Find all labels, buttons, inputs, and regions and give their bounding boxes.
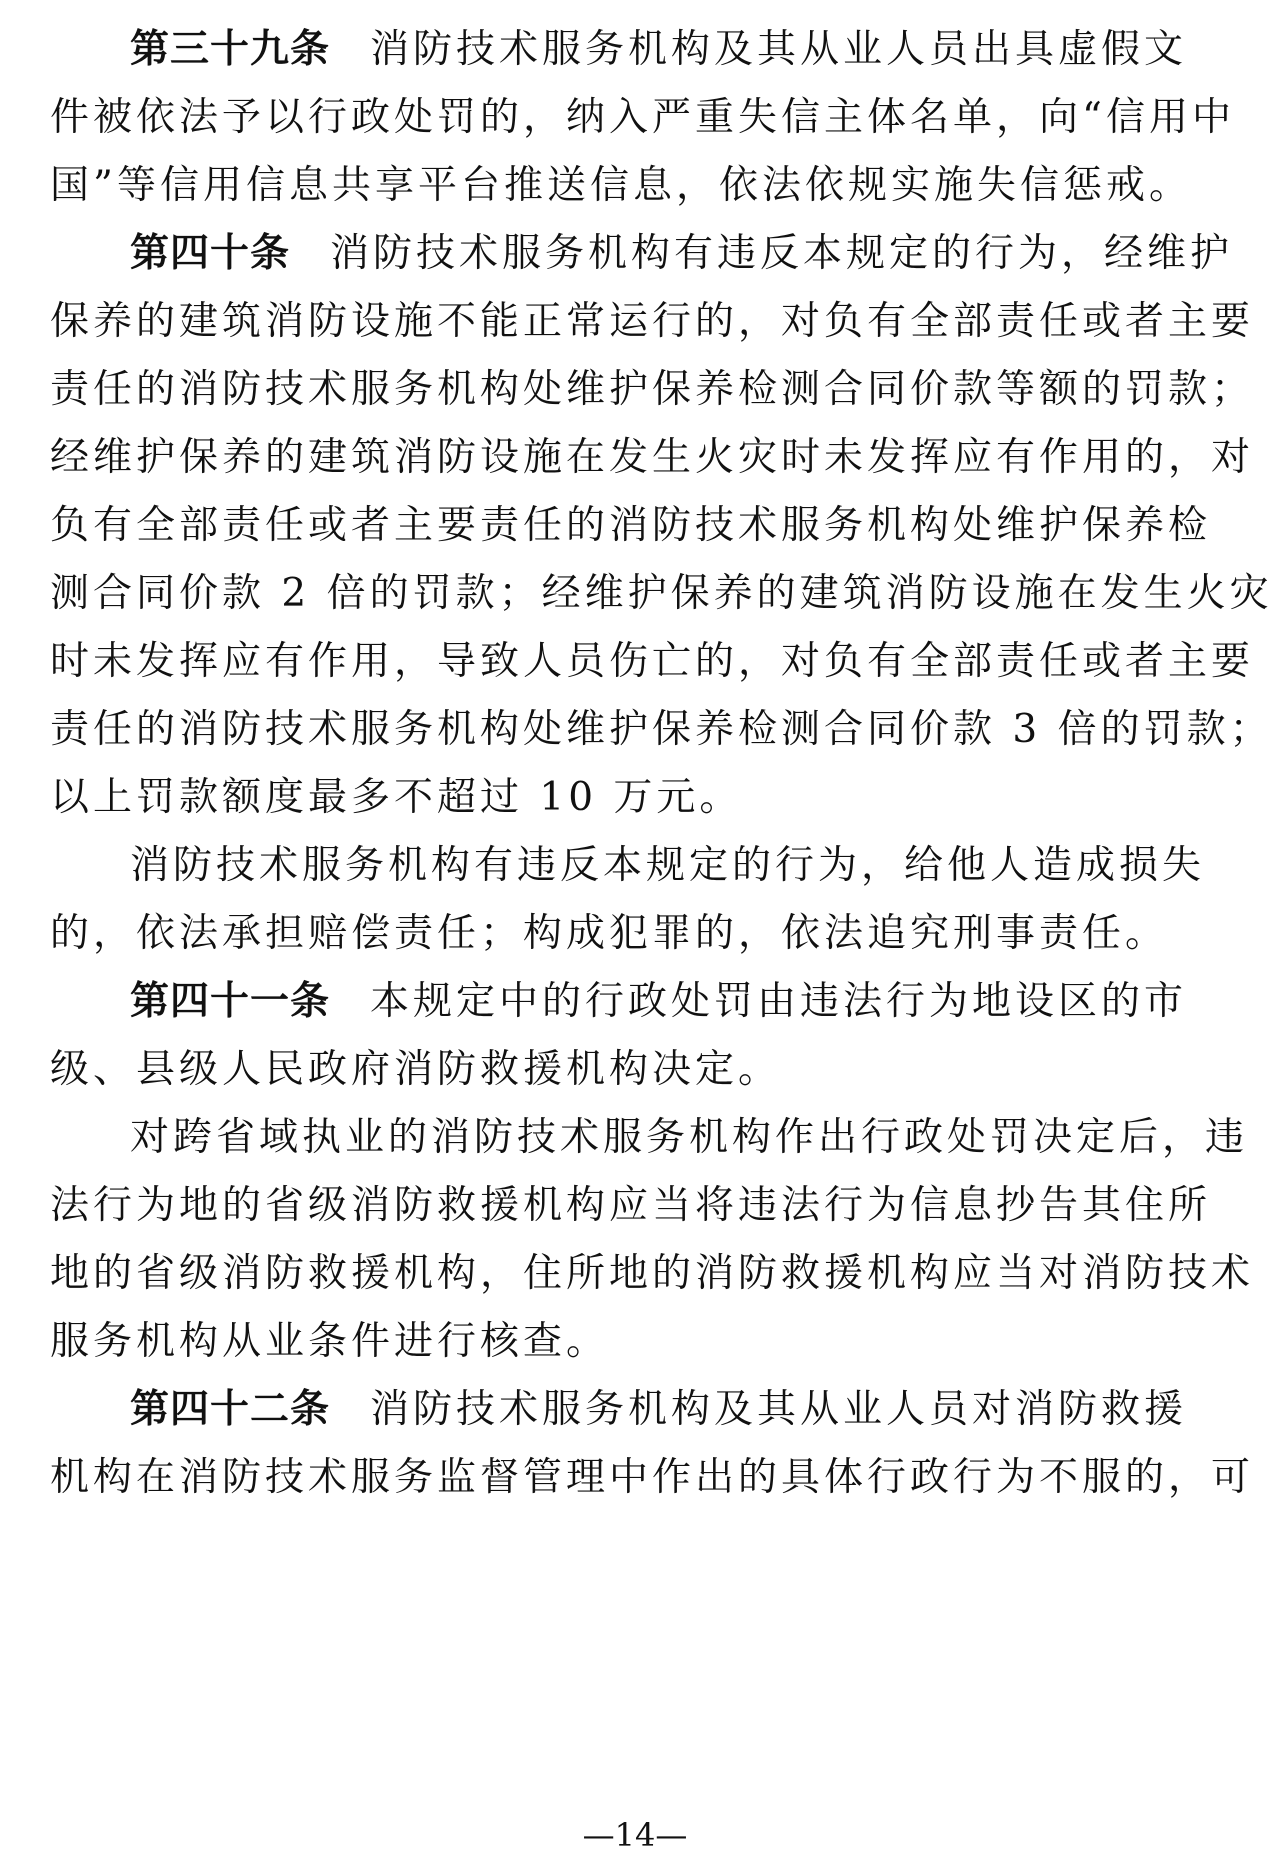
text-line: 国”等信用信息共享平台推送信息，依法依规实施失信惩戒。 bbox=[50, 156, 1210, 216]
text: 消防技术服务机构及其从业人员对消防救援 bbox=[370, 1387, 1187, 1432]
article-42-line-1: 第四十二条消防技术服务机构及其从业人员对消防救援 bbox=[130, 1380, 1210, 1440]
text: 消防技术服务机构及其从业人员出具虚假文 bbox=[370, 27, 1187, 72]
article-39-line-1: 第三十九条消防技术服务机构及其从业人员出具虚假文 bbox=[130, 20, 1210, 80]
text-line: 经维护保养的建筑消防设施在发生火灾时未发挥应有作用的，对 bbox=[50, 428, 1210, 488]
text-line: 保养的建筑消防设施不能正常运行的，对负有全部责任或者主要 bbox=[50, 292, 1210, 352]
document-page: 第三十九条消防技术服务机构及其从业人员出具虚假文 件被依法予以行政处罚的，纳入严… bbox=[0, 0, 1270, 1868]
page-number: —14— bbox=[0, 1810, 1270, 1860]
text: 消防技术服务机构有违反本规定的行为，经维护 bbox=[330, 231, 1233, 276]
text-line: 责任的消防技术服务机构处维护保养检测合同价款等额的罚款； bbox=[50, 360, 1210, 420]
article-41-line-1: 第四十一条本规定中的行政处罚由违法行为地设区的市 bbox=[130, 972, 1210, 1032]
text-line: 时未发挥应有作用，导致人员伤亡的，对负有全部责任或者主要 bbox=[50, 632, 1210, 692]
text-line: 地的省级消防救援机构，住所地的消防救援机构应当对消防技术 bbox=[50, 1244, 1210, 1304]
article-label: 第四十二条 bbox=[130, 1387, 330, 1432]
text: 本规定中的行政处罚由违法行为地设区的市 bbox=[370, 979, 1187, 1024]
text-line: 负有全部责任或者主要责任的消防技术服务机构处维护保养检 bbox=[50, 496, 1210, 556]
text-line: 消防技术服务机构有违反本规定的行为，给他人造成损失 bbox=[130, 836, 1210, 896]
text-line: 法行为地的省级消防救援机构应当将违法行为信息抄告其住所 bbox=[50, 1176, 1210, 1236]
text-line: 测合同价款 2 倍的罚款；经维护保养的建筑消防设施在发生火灾 bbox=[50, 564, 1210, 624]
article-label: 第四十一条 bbox=[130, 979, 330, 1024]
text-line: 级、县级人民政府消防救援机构决定。 bbox=[50, 1040, 1210, 1100]
text-line: 服务机构从业条件进行核查。 bbox=[50, 1312, 1210, 1372]
text-line: 责任的消防技术服务机构处维护保养检测合同价款 3 倍的罚款； bbox=[50, 700, 1210, 760]
text-line: 的，依法承担赔偿责任；构成犯罪的，依法追究刑事责任。 bbox=[50, 904, 1210, 964]
text-line: 机构在消防技术服务监督管理中作出的具体行政行为不服的，可 bbox=[50, 1448, 1210, 1508]
article-label: 第三十九条 bbox=[130, 27, 330, 72]
text-line: 对跨省域执业的消防技术服务机构作出行政处罚决定后，违 bbox=[130, 1108, 1210, 1168]
article-label: 第四十条 bbox=[130, 231, 290, 276]
text-line: 以上罚款额度最多不超过 10 万元。 bbox=[50, 768, 1210, 828]
text-line: 件被依法予以行政处罚的，纳入严重失信主体名单，向“信用中 bbox=[50, 88, 1210, 148]
article-40-line-1: 第四十条消防技术服务机构有违反本规定的行为，经维护 bbox=[130, 224, 1210, 284]
